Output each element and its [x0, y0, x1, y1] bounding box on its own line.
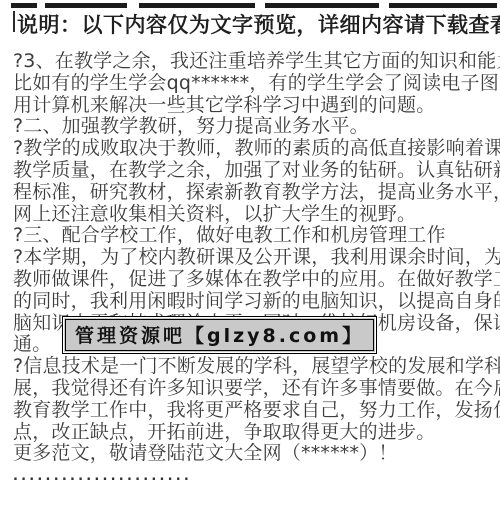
text-line: ?教学的成败取决于教师，教师的素质的高低直接影响着课堂的 [13, 138, 493, 160]
text-line: 点，改正缺点，开拓前进，争取取得更大的进步。 [13, 422, 493, 444]
text-line: ?三、配合学校工作，做好电教工作和机房管理工作 [13, 225, 493, 247]
document-body: ?3、在教学之余，我还注重培养学生其它方面的知识和能力，比如有的学生学会qq**… [13, 51, 493, 484]
text-line: 教师做课件，促进了多媒体在教学中的应用。在做好教学工作 [13, 269, 493, 291]
text-line: 教育教学工作中，我将更严格要求自己，努力工作，发扬优 [13, 400, 493, 422]
text-line: ?本学期，为了校内教研课及公开课，我利用课余时间，为授课 [13, 247, 493, 269]
cutoff-text-strip [11, 3, 497, 8]
text-line: ?3、在教学之余，我还注重培养学生其它方面的知识和能力， [13, 51, 493, 73]
text-line: 程标准，研究教材，探索新教育教学方法，提高业务水平，在 [13, 182, 493, 204]
preview-notice: 说明：以下内容仅为文字预览，详细内容请下载查看。 [17, 9, 500, 39]
text-line: 比如有的学生学会qq******，有的学生学会了阅读电子图书， [13, 73, 493, 95]
text-cursor [13, 11, 15, 32]
text-line: 网上还注意收集相关资料，以扩大学生的视野。 [13, 204, 493, 226]
text-line: 更多范文，敬请登陆范文大全网（******）！ [13, 443, 493, 465]
dots-line: ...................... [13, 470, 493, 484]
text-line: ?二、加强教学教研，努力提高业务水平。 [13, 116, 493, 138]
text-line: 的同时，我利用闲暇时间学习新的电脑知识，以提高自身的电 [13, 291, 493, 313]
text-line: 教学质量，在教学之余，加强了对业务的钻研。认真钻研新课 [13, 160, 493, 182]
watermark-box: 管理资源吧【glzy8.com】 [62, 316, 377, 354]
watermark-text: 管理资源吧【glzy8.com】 [65, 319, 374, 351]
text-line: ?信息技术是一门不断发展的学科，展望学校的发展和学科的发 [13, 356, 493, 378]
text-line: 用计算机来解决一些其它学科学习中遇到的问题。 [13, 95, 493, 117]
text-line: 展，我觉得还有许多知识要学，还有许多事情要做。在今后的 [13, 378, 493, 400]
document-preview-page: 说明：以下内容仅为文字预览，详细内容请下载查看。 ?3、在教学之余，我还注重培养… [0, 0, 500, 519]
